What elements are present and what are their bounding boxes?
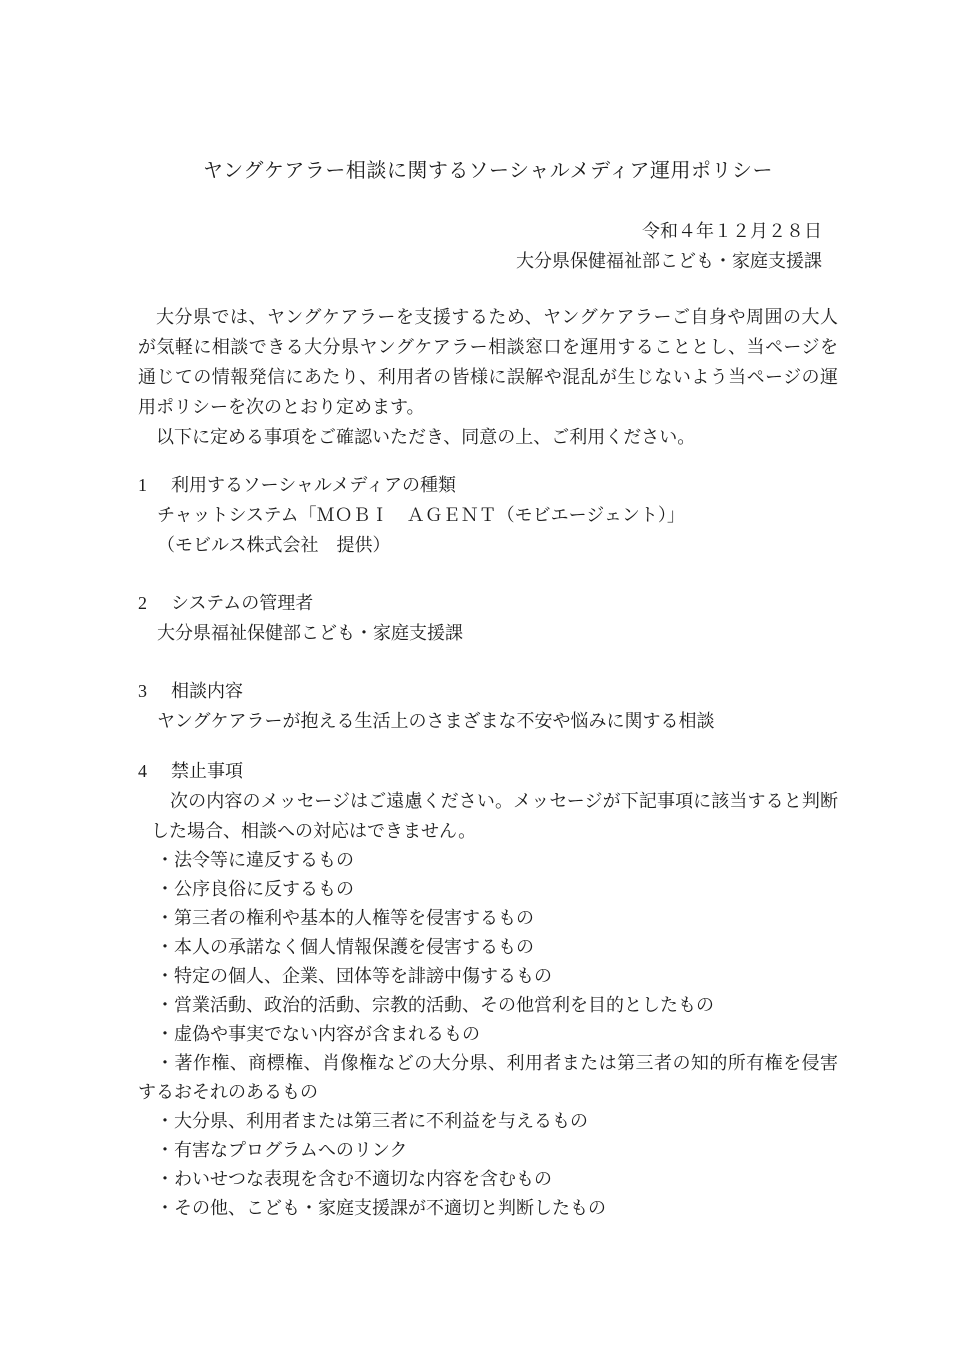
bullet-item: ・法令等に違反するもの bbox=[138, 846, 838, 875]
document-date: 令和４年１２月２８日 bbox=[138, 216, 822, 246]
document-meta: 令和４年１２月２８日 大分県保健福祉部こども・家庭支援課 bbox=[138, 216, 838, 276]
section-number: 2 bbox=[138, 588, 171, 618]
bullet-item: ・公序良俗に反するもの bbox=[138, 875, 838, 904]
bullet-item: ・わいせつな表現を含む不適切な内容を含むもの bbox=[138, 1165, 838, 1194]
section-number: 4 bbox=[138, 756, 171, 786]
bullet-item: ・著作権、商標権、肖像権などの大分県、利用者または第三者の知的所有権を侵害するお… bbox=[138, 1049, 838, 1107]
bullet-item: ・本人の承諾なく個人情報保護を侵害するもの bbox=[138, 933, 838, 962]
section-heading-text: システムの管理者 bbox=[171, 593, 313, 613]
section-line: チャットシステム「ＭＯＢＩ ＡＧＥＮＴ（モビエージェント）」 bbox=[138, 500, 838, 530]
document-sections: 1利用するソーシャルメディアの種類チャットシステム「ＭＯＢＩ ＡＧＥＮＴ（モビエ… bbox=[138, 470, 838, 1223]
section: 3相談内容ヤングケアラーが抱える生活上のさまざまな不安や悩みに関する相談 bbox=[138, 676, 838, 736]
section-heading: 1利用するソーシャルメディアの種類 bbox=[138, 470, 838, 500]
section-heading: 2システムの管理者 bbox=[138, 588, 838, 618]
section-number: 1 bbox=[138, 470, 171, 500]
bullet-item: ・大分県、利用者または第三者に不利益を与えるもの bbox=[138, 1107, 838, 1136]
section-heading-text: 禁止事項 bbox=[171, 761, 243, 781]
intro-paragraph: 以下に定める事項をご確認いただき、同意の上、ご利用ください。 bbox=[138, 422, 838, 452]
section-heading: 3相談内容 bbox=[138, 676, 838, 706]
section-heading-text: 利用するソーシャルメディアの種類 bbox=[171, 475, 456, 495]
section: 1利用するソーシャルメディアの種類チャットシステム「ＭＯＢＩ ＡＧＥＮＴ（モビエ… bbox=[138, 470, 838, 560]
section-number: 3 bbox=[138, 676, 171, 706]
section-heading: 4禁止事項 bbox=[138, 756, 838, 786]
section-line: （モビルス株式会社 提供） bbox=[138, 530, 838, 560]
bullet-item: ・第三者の権利や基本的人権等を侵害するもの bbox=[138, 904, 838, 933]
document-title: ヤングケアラー相談に関するソーシャルメディア運用ポリシー bbox=[138, 156, 838, 186]
bullet-item: ・その他、こども・家庭支援課が不適切と判断したもの bbox=[138, 1194, 838, 1223]
section-heading-text: 相談内容 bbox=[171, 681, 243, 701]
document-author: 大分県保健福祉部こども・家庭支援課 bbox=[138, 246, 822, 276]
document-content: ヤングケアラー相談に関するソーシャルメディア運用ポリシー 令和４年１２月２８日 … bbox=[138, 0, 838, 1223]
section-line: 大分県福祉保健部こども・家庭支援課 bbox=[138, 618, 838, 648]
section-paragraph: 次の内容のメッセージはご遠慮ください。メッセージが下記事項に該当すると判断した場… bbox=[138, 786, 838, 846]
section: 4禁止事項次の内容のメッセージはご遠慮ください。メッセージが下記事項に該当すると… bbox=[138, 756, 838, 1223]
intro-paragraph: 大分県では、ヤングケアラーを支援するため、ヤングケアラーご自身や周囲の大人が気軽… bbox=[138, 302, 838, 422]
bullet-item: ・有害なプログラムへのリンク bbox=[138, 1136, 838, 1165]
intro-paragraphs: 大分県では、ヤングケアラーを支援するため、ヤングケアラーご自身や周囲の大人が気軽… bbox=[138, 302, 838, 452]
section: 2システムの管理者大分県福祉保健部こども・家庭支援課 bbox=[138, 588, 838, 648]
bullet-item: ・特定の個人、企業、団体等を誹謗中傷するもの bbox=[138, 962, 838, 991]
section-line: ヤングケアラーが抱える生活上のさまざまな不安や悩みに関する相談 bbox=[138, 706, 838, 736]
bullet-item: ・営業活動、政治的活動、宗教的活動、その他営利を目的としたもの bbox=[138, 991, 838, 1020]
bullet-item: ・虚偽や事実でない内容が含まれるもの bbox=[138, 1020, 838, 1049]
document-page: ヤングケアラー相談に関するソーシャルメディア運用ポリシー 令和４年１２月２８日 … bbox=[0, 0, 960, 1360]
